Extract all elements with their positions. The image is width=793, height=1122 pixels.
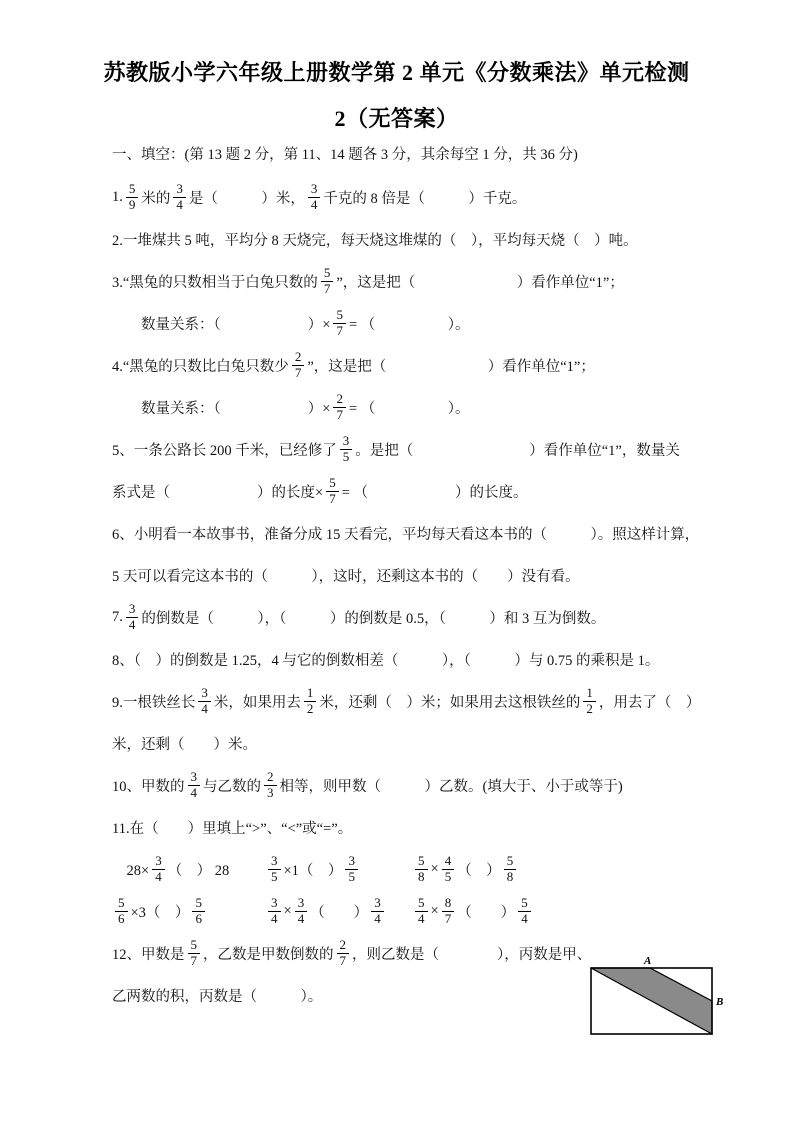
fraction-part: 2 — [292, 350, 305, 366]
text-run: 4.“黑兔的只数比白兔只数少 — [112, 355, 289, 376]
fraction-part: 7 — [188, 954, 201, 969]
fraction: 57 — [321, 266, 334, 297]
fraction-part: 8 — [442, 896, 455, 912]
fraction-part: 4 — [126, 618, 139, 633]
fraction: 23 — [264, 770, 277, 801]
fraction-part: 7 — [333, 408, 346, 423]
text-run: = （ ）的长度。 — [342, 481, 528, 502]
question-line: 2.一堆煤共 5 吨，平均分 8 天烧完，每天烧这堆煤的（ ），平均每天烧（ ）… — [112, 218, 698, 260]
comparison-cell: 34×34（ ）34 — [265, 896, 412, 927]
question-line: 数量关系：（ ）×57= （ ）。 — [112, 302, 698, 344]
question-line: 11.在（ ）里填上“>”、“<”或“=”。 — [112, 806, 698, 848]
fraction: 34 — [295, 896, 308, 927]
fraction-part: 3 — [308, 182, 321, 198]
fraction: 34 — [198, 686, 211, 717]
fraction: 35 — [268, 854, 281, 885]
text-run: 6、小明看一本故事书，准备分成 15 天看完，平均每天看这本书的（ ）。照这样计… — [112, 523, 699, 544]
fraction: 27 — [292, 350, 305, 381]
question-line: 9.一根铁丝长34米，如果用去12米，还剩（ ）米；如果用去这根铁丝的12，用去… — [112, 680, 698, 722]
fraction-part: 3 — [371, 896, 384, 912]
text-run: 的倒数是（ ），（ ）的倒数是 0.5，（ ）和 3 互为倒数。 — [141, 607, 605, 628]
question-line: 系式是（ ）的长度×57= （ ）的长度。 — [112, 470, 698, 512]
fraction-part: 4 — [198, 702, 211, 717]
fraction-part: 3 — [268, 854, 281, 870]
text-run: 。是把（ ）看作单位“1”，数量关 — [355, 439, 680, 460]
fraction-part: 4 — [188, 786, 201, 801]
text-run: × — [284, 903, 292, 920]
text-run: 10、甲数的 — [112, 775, 185, 796]
comparison-cell: 35×1（ ）35 — [265, 854, 412, 885]
fraction-part: 7 — [333, 324, 346, 339]
fraction-part: 5 — [415, 854, 428, 870]
fraction-part: 4 — [308, 198, 321, 213]
question-line: 米，还剩（ ）米。 — [112, 722, 698, 764]
fraction-part: 5 — [345, 870, 358, 885]
fraction-part: 7 — [337, 954, 350, 969]
question-line: 5、一条公路长 200 千米，已经修了35。是把（ ）看作单位“1”，数量关 — [112, 428, 698, 470]
fraction-part: 5 — [333, 308, 346, 324]
fraction: 58 — [415, 854, 428, 885]
fraction-part: 4 — [173, 198, 186, 213]
worksheet-page: 苏教版小学六年级上册数学第 2 单元《分数乘法》单元检测 2（无答案） 一、填空… — [0, 0, 793, 1122]
fraction: 34 — [308, 182, 321, 213]
text-run: ×3（ ） — [131, 901, 190, 922]
figure-svg: A B — [586, 952, 731, 1044]
text-run: × — [431, 861, 439, 878]
fraction-part: 4 — [518, 912, 531, 927]
label-b: B — [715, 996, 723, 1008]
fraction-part: 3 — [264, 786, 277, 801]
fraction: 34 — [173, 182, 186, 213]
fraction-part: 3 — [152, 854, 165, 870]
fraction: 56 — [192, 896, 205, 927]
title-line-2: 2（无答案） — [0, 96, 793, 142]
question-line: 数量关系：（ ）×27= （ ）。 — [112, 386, 698, 428]
fraction-part: 7 — [321, 282, 334, 297]
fraction-part: 5 — [192, 896, 205, 912]
text-run: 乙两数的积，丙数是（ ）。 — [112, 985, 322, 1006]
fraction: 35 — [345, 854, 358, 885]
fraction-part: 5 — [340, 450, 353, 465]
document-title: 苏教版小学六年级上册数学第 2 单元《分数乘法》单元检测 2（无答案） — [0, 50, 793, 142]
fraction-part: 5 — [415, 896, 428, 912]
text-run: 与乙数的 — [203, 775, 261, 796]
fraction-part: 4 — [415, 912, 428, 927]
fraction-part: 3 — [126, 602, 139, 618]
fraction-part: 2 — [304, 702, 317, 717]
fraction: 34 — [126, 602, 139, 633]
fraction: 12 — [583, 686, 596, 717]
fraction-part: 4 — [442, 854, 455, 870]
fraction: 27 — [337, 938, 350, 969]
label-a: A — [643, 955, 651, 967]
question-line: 4.“黑兔的只数比白兔只数少27”，这是把（ ）看作单位“1”； — [112, 344, 698, 386]
fraction-part: 6 — [192, 912, 205, 927]
text-run: 28× — [112, 859, 149, 880]
question-line: 6、小明看一本故事书，准备分成 15 天看完，平均每天看这本书的（ ）。照这样计… — [112, 512, 698, 554]
fraction-part: 4 — [152, 870, 165, 885]
text-run: 9.一根铁丝长 — [112, 691, 195, 712]
text-run: 5 天可以看完这本书的（ ），这时，还剩这本书的（ ）没有看。 — [112, 565, 580, 586]
text-run: ”，这是把（ ）看作单位“1”； — [307, 355, 595, 376]
fraction: 27 — [333, 392, 346, 423]
fraction: 58 — [504, 854, 517, 885]
fraction-part: 3 — [188, 770, 201, 786]
fraction: 45 — [442, 854, 455, 885]
fraction: 12 — [304, 686, 317, 717]
text-run: （ ） 28 — [168, 859, 230, 880]
text-run: 7. — [112, 609, 123, 626]
fraction-part: 3 — [345, 854, 358, 870]
question-lines: 1.59米的34是（ ）米，34千克的 8 倍是（ ）千克。2.一堆煤共 5 吨… — [112, 176, 698, 1016]
fraction: 34 — [152, 854, 165, 885]
question-line: 3.“黑兔的只数相当于白兔只数的57”，这是把（ ）看作单位“1”； — [112, 260, 698, 302]
text-run: 系式是（ ）的长度× — [112, 481, 323, 502]
text-run: × — [431, 903, 439, 920]
text-run: 3.“黑兔的只数相当于白兔只数的 — [112, 271, 318, 292]
section-heading: 一、填空：(第 13 题 2 分，第 11、14 题各 3 分，其余每空 1 分… — [112, 145, 703, 165]
fraction: 35 — [340, 434, 353, 465]
question-line: 1.59米的34是（ ）米，34千克的 8 倍是（ ）千克。 — [112, 176, 698, 218]
fraction: 56 — [115, 896, 128, 927]
fraction-part: 1 — [583, 686, 596, 702]
fraction: 54 — [415, 896, 428, 927]
title-line-1: 苏教版小学六年级上册数学第 2 单元《分数乘法》单元检测 — [0, 50, 793, 96]
fraction-part: 5 — [504, 854, 517, 870]
text-run: 数量关系：（ ）× — [112, 313, 330, 334]
fraction-part: 7 — [292, 366, 305, 381]
fraction-part: 8 — [415, 870, 428, 885]
fraction-part: 5 — [326, 476, 339, 492]
fraction-part: 2 — [333, 392, 346, 408]
shaded-band — [591, 968, 712, 1034]
text-run: （ ） — [457, 859, 501, 880]
text-run: 米的 — [141, 187, 170, 208]
text-run: 11.在（ ）里填上“>”、“<”或“=”。 — [112, 817, 352, 838]
text-run: 相等，则甲数（ ）乙数。(填大于、小于或等于) — [280, 775, 623, 796]
fraction: 57 — [326, 476, 339, 507]
text-run: ，则乙数是（ ），丙数是甲、 — [352, 943, 591, 964]
fraction-part: 5 — [518, 896, 531, 912]
question-line: 5 天可以看完这本书的（ ），这时，还剩这本书的（ ）没有看。 — [112, 554, 698, 596]
text-run: （ ） — [310, 901, 368, 922]
text-run: 8、（ ）的倒数是 1.25，4 与它的倒数相差（ ），（ ）与 0.75 的乘… — [112, 649, 659, 670]
text-run: ”，这是把（ ）看作单位“1”； — [336, 271, 624, 292]
fraction-part: 9 — [126, 198, 139, 213]
fraction-part: 5 — [321, 266, 334, 282]
fraction-part: 8 — [504, 870, 517, 885]
fraction-part: 2 — [337, 938, 350, 954]
fraction-part: 4 — [371, 912, 384, 927]
text-run: ，乙数是甲数倒数的 — [203, 943, 334, 964]
question-line: 8、（ ）的倒数是 1.25，4 与它的倒数相差（ ），（ ）与 0.75 的乘… — [112, 638, 698, 680]
text-run: （ ） — [457, 901, 515, 922]
text-run: = （ ）。 — [349, 313, 470, 334]
comparison-row: 28×34（ ） 2835×1（ ）3558×45（ ）58 — [112, 848, 698, 890]
text-run: ，用去了（ ） — [599, 691, 701, 712]
text-run: ×1（ ） — [284, 859, 343, 880]
rectangle-band-figure: A B — [586, 952, 731, 1044]
fraction-part: 5 — [268, 870, 281, 885]
fraction: 54 — [518, 896, 531, 927]
fraction-part: 4 — [295, 912, 308, 927]
fraction: 57 — [188, 938, 201, 969]
fraction-part: 2 — [583, 702, 596, 717]
fraction-part: 5 — [442, 870, 455, 885]
fraction: 34 — [268, 896, 281, 927]
fraction-part: 4 — [268, 912, 281, 927]
text-run: 2.一堆煤共 5 吨，平均分 8 天烧完，每天烧这堆煤的（ ），平均每天烧（ ）… — [112, 229, 638, 250]
fraction: 87 — [442, 896, 455, 927]
fraction-part: 7 — [442, 912, 455, 927]
fraction-part: 7 — [326, 492, 339, 507]
text-run: 5、一条公路长 200 千米，已经修了 — [112, 439, 337, 460]
comparison-cell: 56×3（ ）56 — [112, 896, 265, 927]
comparison-cell: 58×45（ ）58 — [412, 854, 698, 885]
fraction-part: 3 — [198, 686, 211, 702]
text-run: 12、甲数是 — [112, 943, 185, 964]
question-line: 10、甲数的34与乙数的23相等，则甲数（ ）乙数。(填大于、小于或等于) — [112, 764, 698, 806]
fraction-part: 1 — [304, 686, 317, 702]
fraction-part: 5 — [126, 182, 139, 198]
text-run: = （ ）。 — [349, 397, 470, 418]
fraction: 57 — [333, 308, 346, 339]
comparison-row: 56×3（ ）5634×34（ ）3454×87（ ）54 — [112, 890, 698, 932]
comparison-cell: 28×34（ ） 28 — [112, 854, 265, 885]
fraction-part: 5 — [188, 938, 201, 954]
fraction: 34 — [188, 770, 201, 801]
fraction-part: 3 — [268, 896, 281, 912]
fraction-part: 2 — [264, 770, 277, 786]
fraction-part: 5 — [115, 896, 128, 912]
text-run: 千克的 8 倍是（ ）千克。 — [323, 187, 526, 208]
text-run: 是（ ）米， — [189, 187, 305, 208]
fraction: 34 — [371, 896, 384, 927]
comparison-cell: 54×87（ ）54 — [412, 896, 698, 927]
fraction-part: 3 — [173, 182, 186, 198]
fraction-part: 6 — [115, 912, 128, 927]
text-run: 米，还剩（ ）米。 — [112, 733, 257, 754]
text-run: 米，还剩（ ）米；如果用去这根铁丝的 — [319, 691, 580, 712]
question-line: 7.34的倒数是（ ），（ ）的倒数是 0.5，（ ）和 3 互为倒数。 — [112, 596, 698, 638]
text-run: 1. — [112, 189, 123, 206]
fraction: 59 — [126, 182, 139, 213]
fraction-part: 3 — [295, 896, 308, 912]
fraction-part: 3 — [340, 434, 353, 450]
text-run: 米，如果用去 — [214, 691, 301, 712]
text-run: 数量关系：（ ）× — [112, 397, 330, 418]
